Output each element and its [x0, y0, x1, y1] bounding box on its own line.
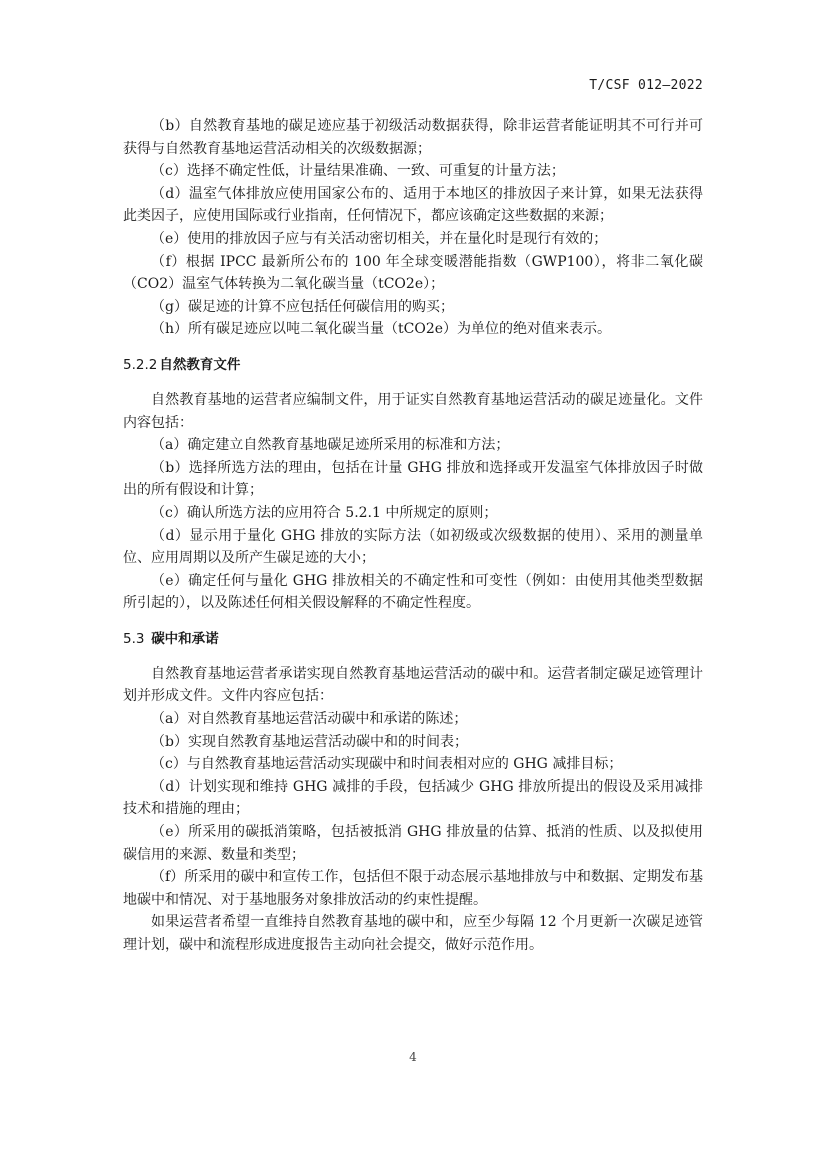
section-intro: 自然教育基地运营者承诺实现自然教育基地运营活动的碳中和。运营者制定碳足迹管理计划… — [123, 663, 703, 708]
list-item: （d）显示用于量化 GHG 排放的实际方法（如初级或次级数据的使用）、采用的测量… — [123, 525, 703, 570]
list-item: （h）所有碳足迹应以吨二氧化碳当量（tCO2e）为单位的绝对值来表示。 — [123, 318, 703, 341]
page-content: （b）自然教育基地的碳足迹应基于初级活动数据获得，除非运营者能证明其不可行并可获… — [123, 115, 703, 957]
section-heading-522: 5.2.2自然教育文件 — [123, 355, 703, 375]
list-item: （d）计划实现和维持 GHG 减排的手段，包括减少 GHG 排放所提出的假设及采… — [123, 776, 703, 821]
section-number: 5.2.2 — [123, 357, 157, 373]
section-intro: 自然教育基地的运营者应编制文件，用于证实自然教育基地运营活动的碳足迹量化。文件内… — [123, 389, 703, 434]
list-item: （c）选择不确定性低，计量结果准确、一致、可重复的计量方法； — [123, 160, 703, 183]
list-item: （e）确定任何与量化 GHG 排放相关的不确定性和可变性（例如：由使用其他类型数… — [123, 570, 703, 615]
page-number: 4 — [0, 1050, 826, 1064]
document-page: T/CSF 012—2022 （b）自然教育基地的碳足迹应基于初级活动数据获得，… — [0, 0, 826, 1169]
document-code-header: T/CSF 012—2022 — [589, 78, 703, 93]
list-item: （f）所采用的碳中和宣传工作，包括但不限于动态展示基地排放与中和数据、定期发布基… — [123, 866, 703, 911]
section-title: 碳中和承诺 — [151, 631, 219, 647]
list-item: （b）自然教育基地的碳足迹应基于初级活动数据获得，除非运营者能证明其不可行并可获… — [123, 115, 703, 160]
list-item: （b）选择所选方法的理由，包括在计量 GHG 排放和选择或开发温室气体排放因子时… — [123, 457, 703, 502]
section-title: 自然教育文件 — [159, 357, 240, 373]
list-item: （e）所采用的碳抵消策略，包括被抵消 GHG 排放量的估算、抵消的性质、以及拟使… — [123, 821, 703, 866]
section-521-list: （b）自然教育基地的碳足迹应基于初级活动数据获得，除非运营者能证明其不可行并可获… — [123, 115, 703, 341]
list-item: （e）使用的排放因子应与有关活动密切相关，并在量化时是现行有效的； — [123, 228, 703, 251]
closing-paragraph: 如果运营者希望一直维持自然教育基地的碳中和，应至少每隔 12 个月更新一次碳足迹… — [123, 911, 703, 956]
list-item: （a）确定建立自然教育基地碳足迹所采用的标准和方法； — [123, 434, 703, 457]
list-item: （c）确认所选方法的应用符合 5.2.1 中所规定的原则； — [123, 502, 703, 525]
list-item: （f）根据 IPCC 最新所公布的 100 年全球变暖潜能指数（GWP100），… — [123, 251, 703, 296]
section-heading-53: 5.3 碳中和承诺 — [123, 629, 703, 649]
list-item: （c）与自然教育基地运营活动实现碳中和时间表相对应的 GHG 减排目标； — [123, 753, 703, 776]
list-item: （b）实现自然教育基地运营活动碳中和的时间表； — [123, 731, 703, 754]
section-number: 5.3 — [123, 631, 144, 647]
list-item: （d）温室气体排放应使用国家公布的、适用于本地区的排放因子来计算，如果无法获得此… — [123, 183, 703, 228]
list-item: （g）碳足迹的计算不应包括任何碳信用的购买； — [123, 296, 703, 319]
list-item: （a）对自然教育基地运营活动碳中和承诺的陈述； — [123, 708, 703, 731]
